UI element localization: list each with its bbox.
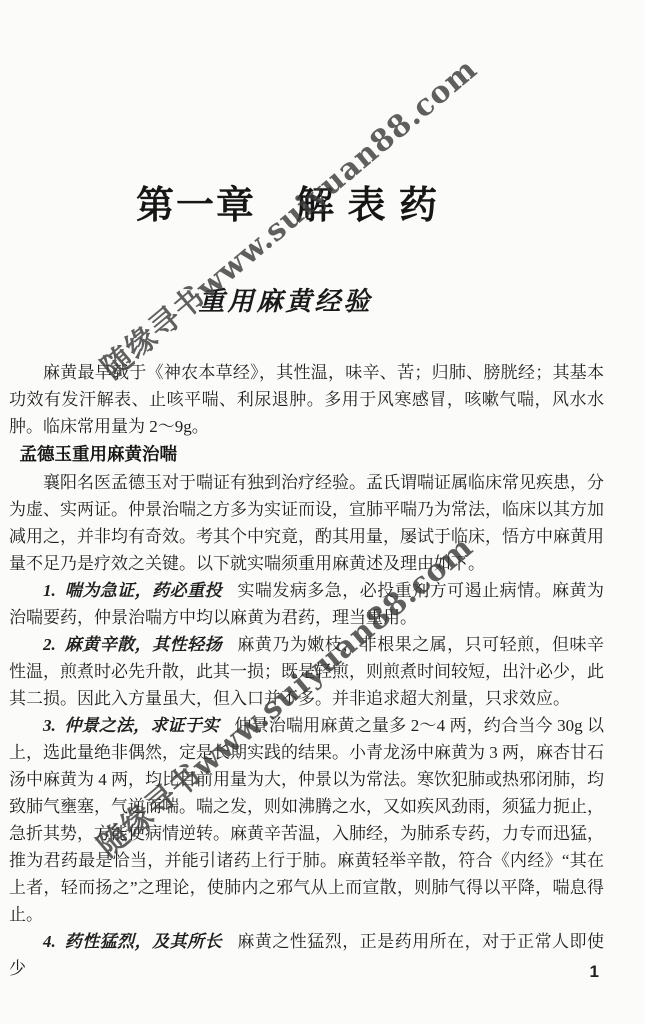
paragraph-text: 仲景治喘用麻黄之量多 2～4 两，约合当今 30g 以上，选此量绝非偶然，定是长… <box>9 716 604 924</box>
paragraph-lead: 1. 喘为急证，药必重投 <box>43 581 237 600</box>
paragraph-lead: 3. 仲景之法，求证于实 <box>43 716 234 735</box>
body-text: 麻黄最早载于《神农本草经》，其性温，味辛、苦；归肺、膀胱经；其基本功效有发汗解表… <box>9 359 604 982</box>
section-title: 重用麻黄经验 <box>0 285 608 319</box>
paragraph-lead: 4. 药性猛烈，及其所长 <box>43 932 237 951</box>
body-paragraph: 麻黄最早载于《神农本草经》，其性温，味辛、苦；归肺、膀胱经；其基本功效有发汗解表… <box>9 359 604 440</box>
numbered-paragraph: 2. 麻黄辛散，其性轻扬麻黄乃为嫩枝，非根果之属，只可轻煎，但味辛性温，煎煮时必… <box>9 631 604 712</box>
book-page: 随缘寻书www.suiyuan88.com 随缘寻书www.suiyuan88.… <box>0 0 645 1024</box>
page-number: 1 <box>590 962 599 982</box>
chapter-title: 第一章 解 表 药 <box>0 0 610 231</box>
numbered-paragraph: 1. 喘为急证，药必重投实喘发病多急，必投重剂方可遏止病情。麻黄为治喘要药，仲景… <box>9 577 604 631</box>
sub-heading: 孟德玉重用麻黄治喘 <box>9 441 604 468</box>
body-paragraph: 襄阳名医孟德玉对于喘证有独到治疗经验。孟氏谓喘证属临床常见疾患，分为虚、实两证。… <box>9 469 604 577</box>
paragraph-lead: 2. 麻黄辛散，其性轻扬 <box>43 635 237 654</box>
numbered-paragraph: 4. 药性猛烈，及其所长麻黄之性猛烈，正是药用所在，对于正常人即使少 <box>9 928 604 982</box>
numbered-paragraph: 3. 仲景之法，求证于实仲景治喘用麻黄之量多 2～4 两，约合当今 30g 以上… <box>9 712 604 928</box>
